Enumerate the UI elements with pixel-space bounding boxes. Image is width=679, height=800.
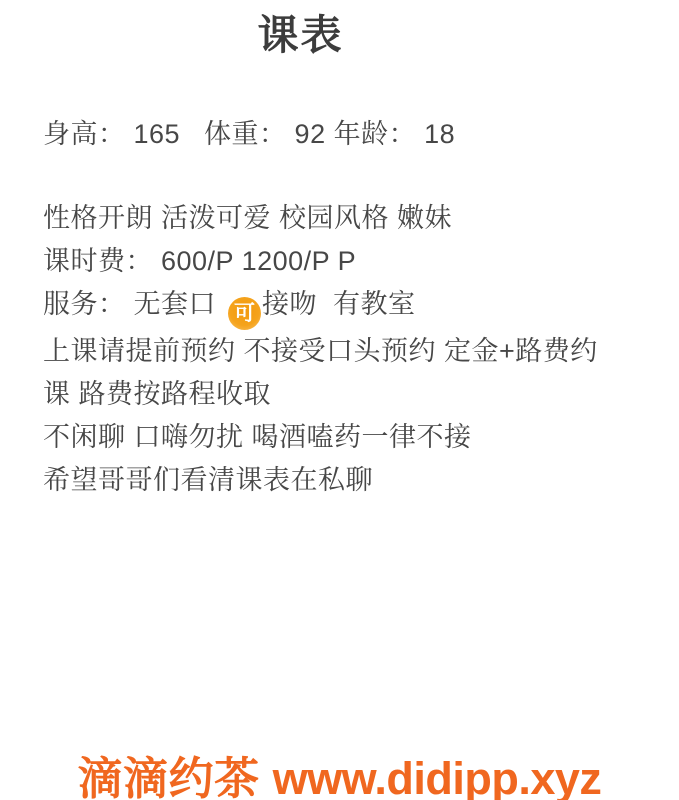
ke-approve-emoji-char: 可 <box>234 303 255 324</box>
personality-line: 性格开朗 活泼可爱 校园风格 嫩妹 <box>43 197 659 240</box>
booking-line-1: 上课请提前预约 不接受口头预约 定金+路费约 <box>43 330 659 373</box>
closing-line: 希望哥哥们看清课表在私聊 <box>43 459 659 502</box>
watermark-url: www.didipp.xyz <box>273 753 602 800</box>
body-paragraph: 性格开朗 活泼可爱 校园风格 嫩妹 课时费： 600/P 1200/P P 服务… <box>43 197 659 502</box>
page-title: 课表 <box>0 2 640 61</box>
price-line: 课时费： 600/P 1200/P P <box>43 240 659 283</box>
service-line-before: 服务： 无套口 <box>43 289 216 319</box>
stats-line: 身高： 165 体重： 92 年龄： 18 <box>43 112 455 151</box>
watermark: 滴滴约茶www.didipp.xyz <box>0 742 679 800</box>
notice-page: 课表 身高： 165 体重： 92 年龄： 18 性格开朗 活泼可爱 校园风格 … <box>0 0 679 800</box>
rules-line: 不闲聊 口嗨勿扰 喝酒嗑药一律不接 <box>43 416 659 459</box>
service-line-after: 接吻 有教室 <box>262 289 416 319</box>
booking-line-2: 课 路费按路程收取 <box>43 373 659 416</box>
service-line: 服务： 无套口可接吻 有教室 <box>43 283 659 330</box>
watermark-brand: 滴滴约茶 <box>78 753 260 800</box>
ke-approve-emoji-icon: 可 <box>228 297 261 330</box>
